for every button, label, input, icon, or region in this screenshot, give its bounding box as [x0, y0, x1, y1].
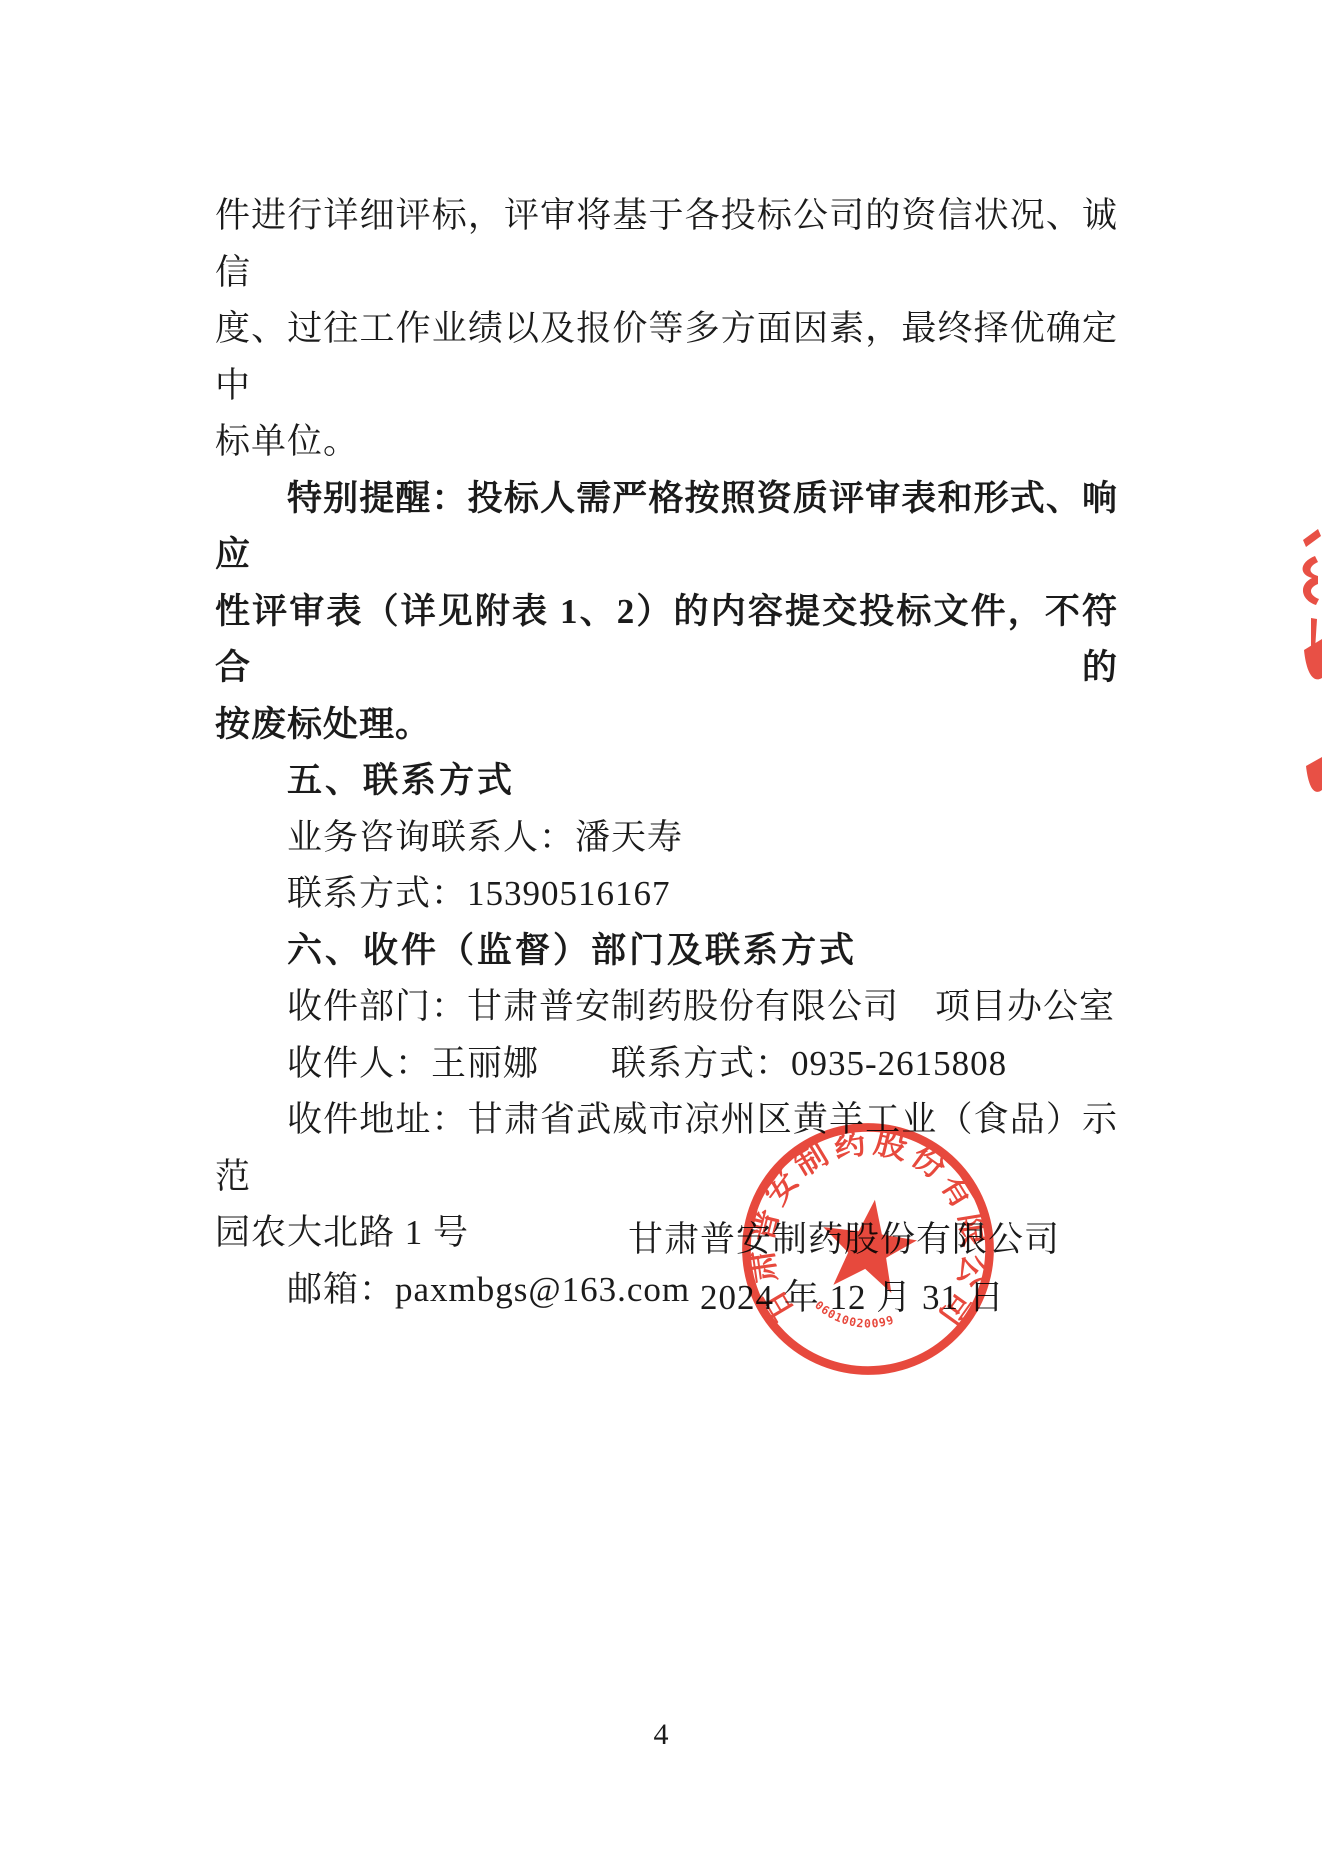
- paragraph-line: 标单位。: [215, 414, 1118, 471]
- document-page: 件进行详细评标，评审将基于各投标公司的资信状况、诚信 度、过往工作业绩以及报价等…: [0, 0, 1322, 1869]
- contact-phone-line: 联系方式：15390516167: [215, 866, 1118, 923]
- seal-artwork: 甘肃普安制药股份有限公司 06010020099: [742, 1123, 994, 1337]
- section-heading-contact: 五、联系方式: [215, 753, 1118, 810]
- recipient-person-line: 收件人：王丽娜 联系方式：0935-2615808: [215, 1036, 1118, 1093]
- company-seal-stamp: 甘肃普安制药股份有限公司 06010020099: [734, 1115, 1002, 1383]
- special-note-line: 特别提醒：投标人需严格按照资质评审表和形式、响应: [215, 471, 1118, 584]
- edge-seal-fragment-wedge: [1306, 757, 1322, 792]
- paragraph-line: 度、过往工作业绩以及报价等多方面因素，最终择优确定中: [215, 301, 1118, 414]
- edge-seal-fragment-curve: [1303, 556, 1319, 605]
- edge-seal-fragment-blob: [1304, 639, 1322, 679]
- section-heading-recipient: 六、收件（监督）部门及联系方式: [215, 923, 1118, 980]
- seal-serial-number: 06010020099: [812, 1298, 896, 1331]
- page-number: 4: [0, 1718, 1322, 1752]
- contact-person-line: 业务咨询联系人：潘天寿: [215, 810, 1118, 867]
- recipient-department-line: 收件部门：甘肃普安制药股份有限公司 项目办公室: [215, 979, 1118, 1036]
- edge-seal-fragments: [1282, 500, 1322, 820]
- special-note-line: 按废标处理。: [215, 697, 1118, 754]
- special-note-line: 性评审表（详见附表 1、2）的内容提交投标文件，不符合的: [215, 584, 1118, 697]
- paragraph-line: 件进行详细评标，评审将基于各投标公司的资信状况、诚信: [215, 188, 1118, 301]
- seal-star-icon: [816, 1193, 922, 1295]
- svg-text:06010020099: 06010020099: [812, 1298, 896, 1331]
- edge-seal-fragment-bar: [1303, 529, 1321, 547]
